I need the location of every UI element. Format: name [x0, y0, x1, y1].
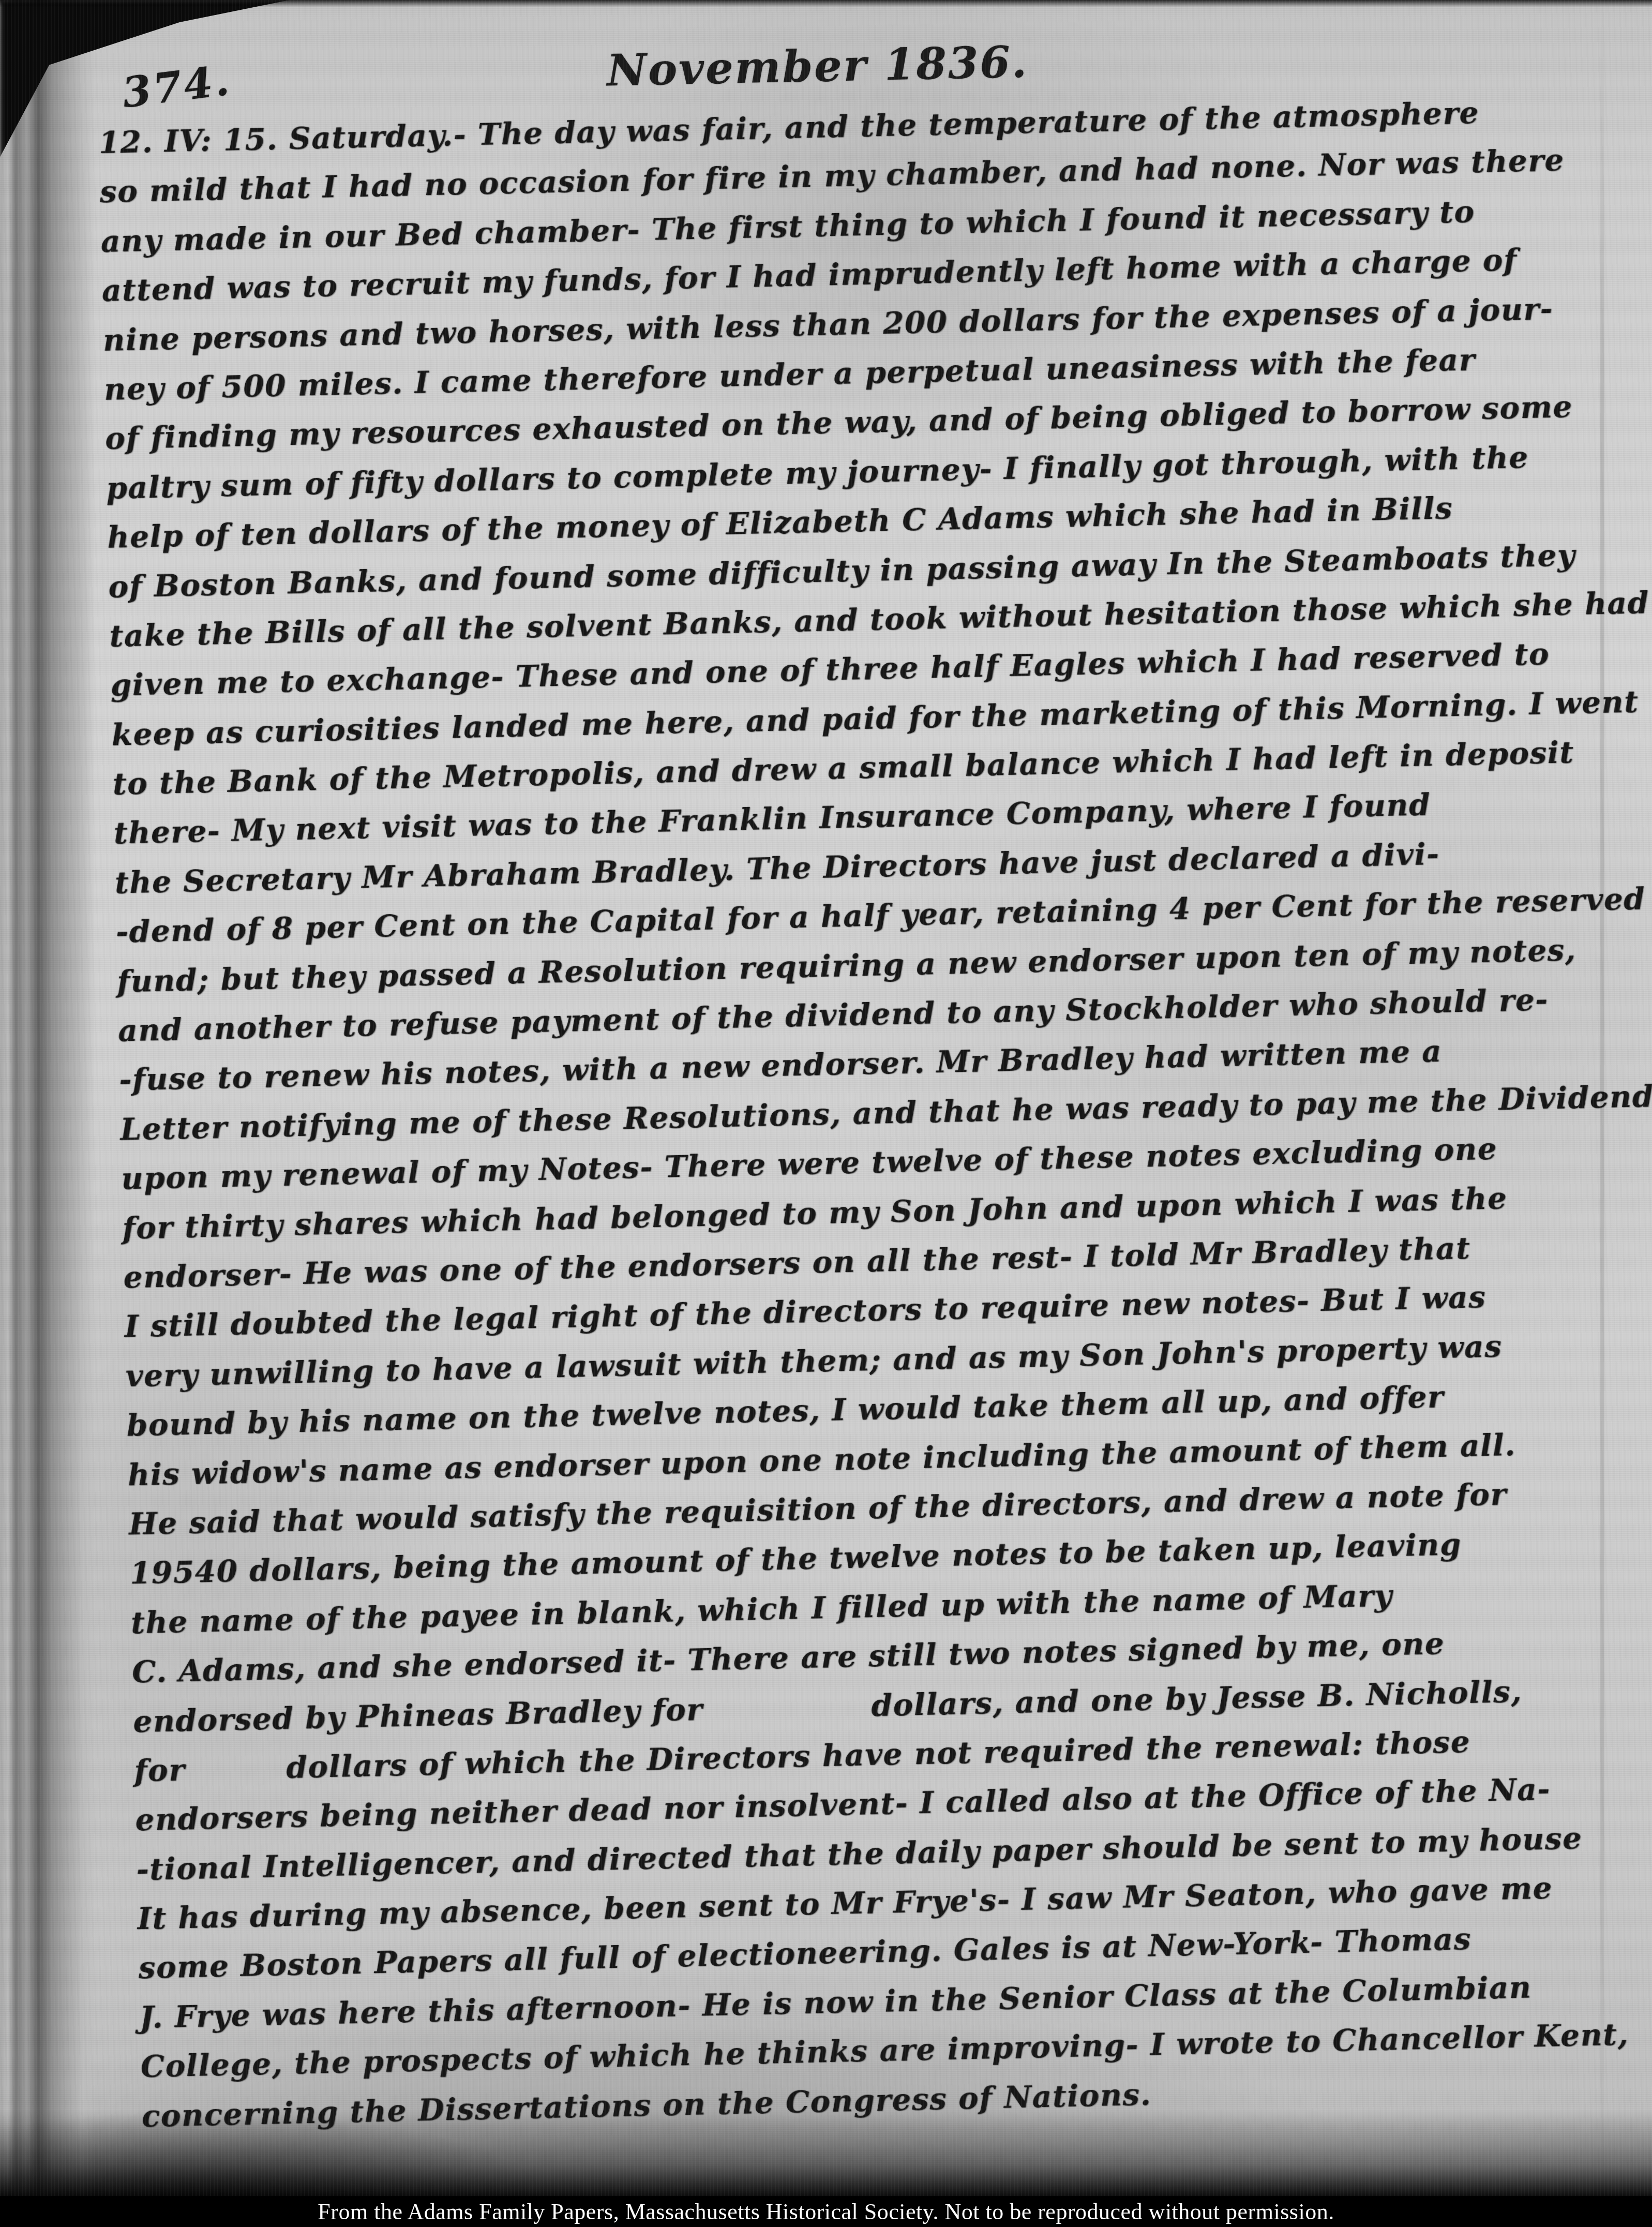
credit-text: From the Adams Family Papers, Massachuse…: [318, 2199, 1334, 2225]
manuscript-page: 374. November 1836. 12. IV: 15. Saturday…: [0, 0, 1652, 2227]
header-date: November 1836.: [606, 36, 1029, 96]
page-number: 374.: [119, 56, 234, 117]
scanned-diary-page: 374. November 1836. 12. IV: 15. Saturday…: [0, 0, 1652, 2227]
scan-top-edge: [0, 0, 1652, 7]
diary-entry-text: 12. IV: 15. Saturday.- The day was fair,…: [98, 92, 1652, 2148]
credit-bar: From the Adams Family Papers, Massachuse…: [0, 2196, 1652, 2227]
scan-bottom-shadow: [0, 2109, 1652, 2197]
book-binding-gutter: [0, 0, 96, 2227]
